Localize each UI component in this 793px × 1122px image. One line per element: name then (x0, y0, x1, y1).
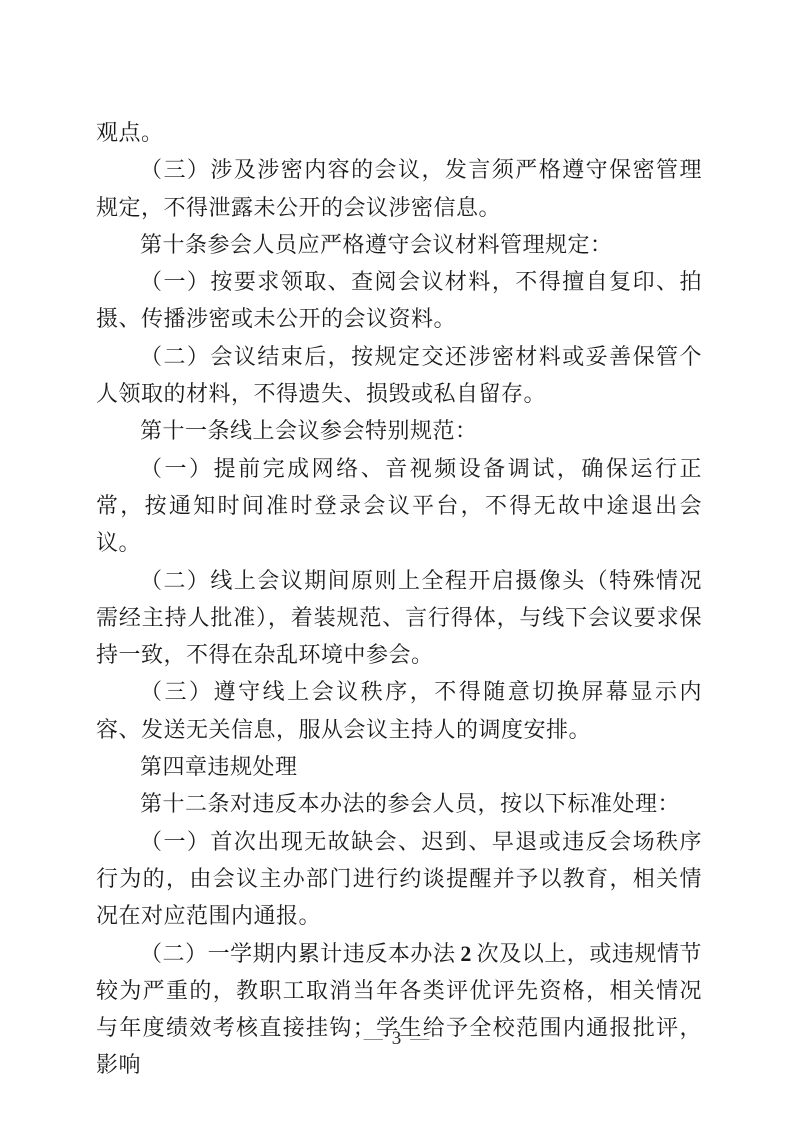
text-run: （二）一学期内累计违反本办法 (140, 941, 455, 966)
text-run: 第十条参会人员应严格遵守会议材料管理规定： (140, 232, 613, 257)
paragraph: （一）按要求领取、查阅会议材料，不得擅自复印、拍摄、传播涉密或未公开的会议资料。 (96, 263, 702, 338)
text-run: （二）线上会议期间原则上全程开启摄像头（特殊情况需经主持人批准），着装规范、言行… (96, 568, 702, 668)
paragraph: （三）遵守线上会议秩序，不得随意切换屏幕显示内容、发送无关信息，服从会议主持人的… (96, 673, 702, 748)
footer-dash-right: — (401, 1028, 438, 1049)
paragraph: （二）线上会议期间原则上全程开启摄像头（特殊情况需经主持人批准），着装规范、言行… (96, 562, 702, 674)
paragraph: 第十二条对违反本办法的参会人员，按以下标准处理： (96, 785, 702, 822)
paragraph: （三）涉及涉密内容的会议，发言须严格遵守保密管理规定，不得泄露未公开的会议涉密信… (96, 151, 702, 226)
document-page: 观点。（三）涉及涉密内容的会议，发言须严格遵守保密管理规定，不得泄露未公开的会议… (0, 0, 793, 1122)
text-run: （三）涉及涉密内容的会议，发言须严格遵守保密管理规定，不得泄露未公开的会议涉密信… (96, 157, 702, 219)
paragraph: （二）一学期内累计违反本办法2次及以上，或违规情节较为严重的，教职工取消当年各类… (96, 935, 702, 1084)
footer-dash-left: — (355, 1028, 392, 1049)
paragraph: 第十一条线上会议参会特别规范： (96, 412, 702, 449)
paragraph: 观点。 (96, 114, 702, 151)
paragraph: 第四章违规处理 (96, 748, 702, 785)
text-run: （一）提前完成网络、音视频设备调试，确保运行正常，按通知时间准时登录会议平台，不… (96, 456, 702, 556)
paragraph: （一）提前完成网络、音视频设备调试，确保运行正常，按通知时间准时登录会议平台，不… (96, 450, 702, 562)
text-run: 第四章违规处理 (140, 754, 298, 779)
document-body: 观点。（三）涉及涉密内容的会议，发言须严格遵守保密管理规定，不得泄露未公开的会议… (96, 114, 702, 1084)
text-run: （一）首次出现无故缺会、迟到、早退或违反会场秩序行为的，由会议主办部门进行约谈提… (96, 829, 702, 929)
paragraph: 第十条参会人员应严格遵守会议材料管理规定： (96, 226, 702, 263)
bold-text-run: 2 (455, 941, 476, 966)
paragraph: （一）首次出现无故缺会、迟到、早退或违反会场秩序行为的，由会议主办部门进行约谈提… (96, 823, 702, 935)
text-run: 第十一条线上会议参会特别规范： (140, 418, 478, 443)
page-number: 3 (392, 1028, 402, 1049)
text-run: 第十二条对违反本办法的参会人员，按以下标准处理： (140, 791, 680, 816)
paragraph: （二）会议结束后，按规定交还涉密材料或妥善保管个人领取的材料，不得遗失、损毁或私… (96, 338, 702, 413)
page-footer: —3— (0, 1028, 793, 1050)
text-run: （三）遵守线上会议秩序，不得随意切换屏幕显示内容、发送无关信息，服从会议主持人的… (96, 679, 702, 741)
text-run: 观点。 (96, 120, 164, 145)
text-run: （一）按要求领取、查阅会议材料，不得擅自复印、拍摄、传播涉密或未公开的会议资料。 (96, 269, 702, 331)
text-run: （二）会议结束后，按规定交还涉密材料或妥善保管个人领取的材料，不得遗失、损毁或私… (96, 344, 702, 406)
